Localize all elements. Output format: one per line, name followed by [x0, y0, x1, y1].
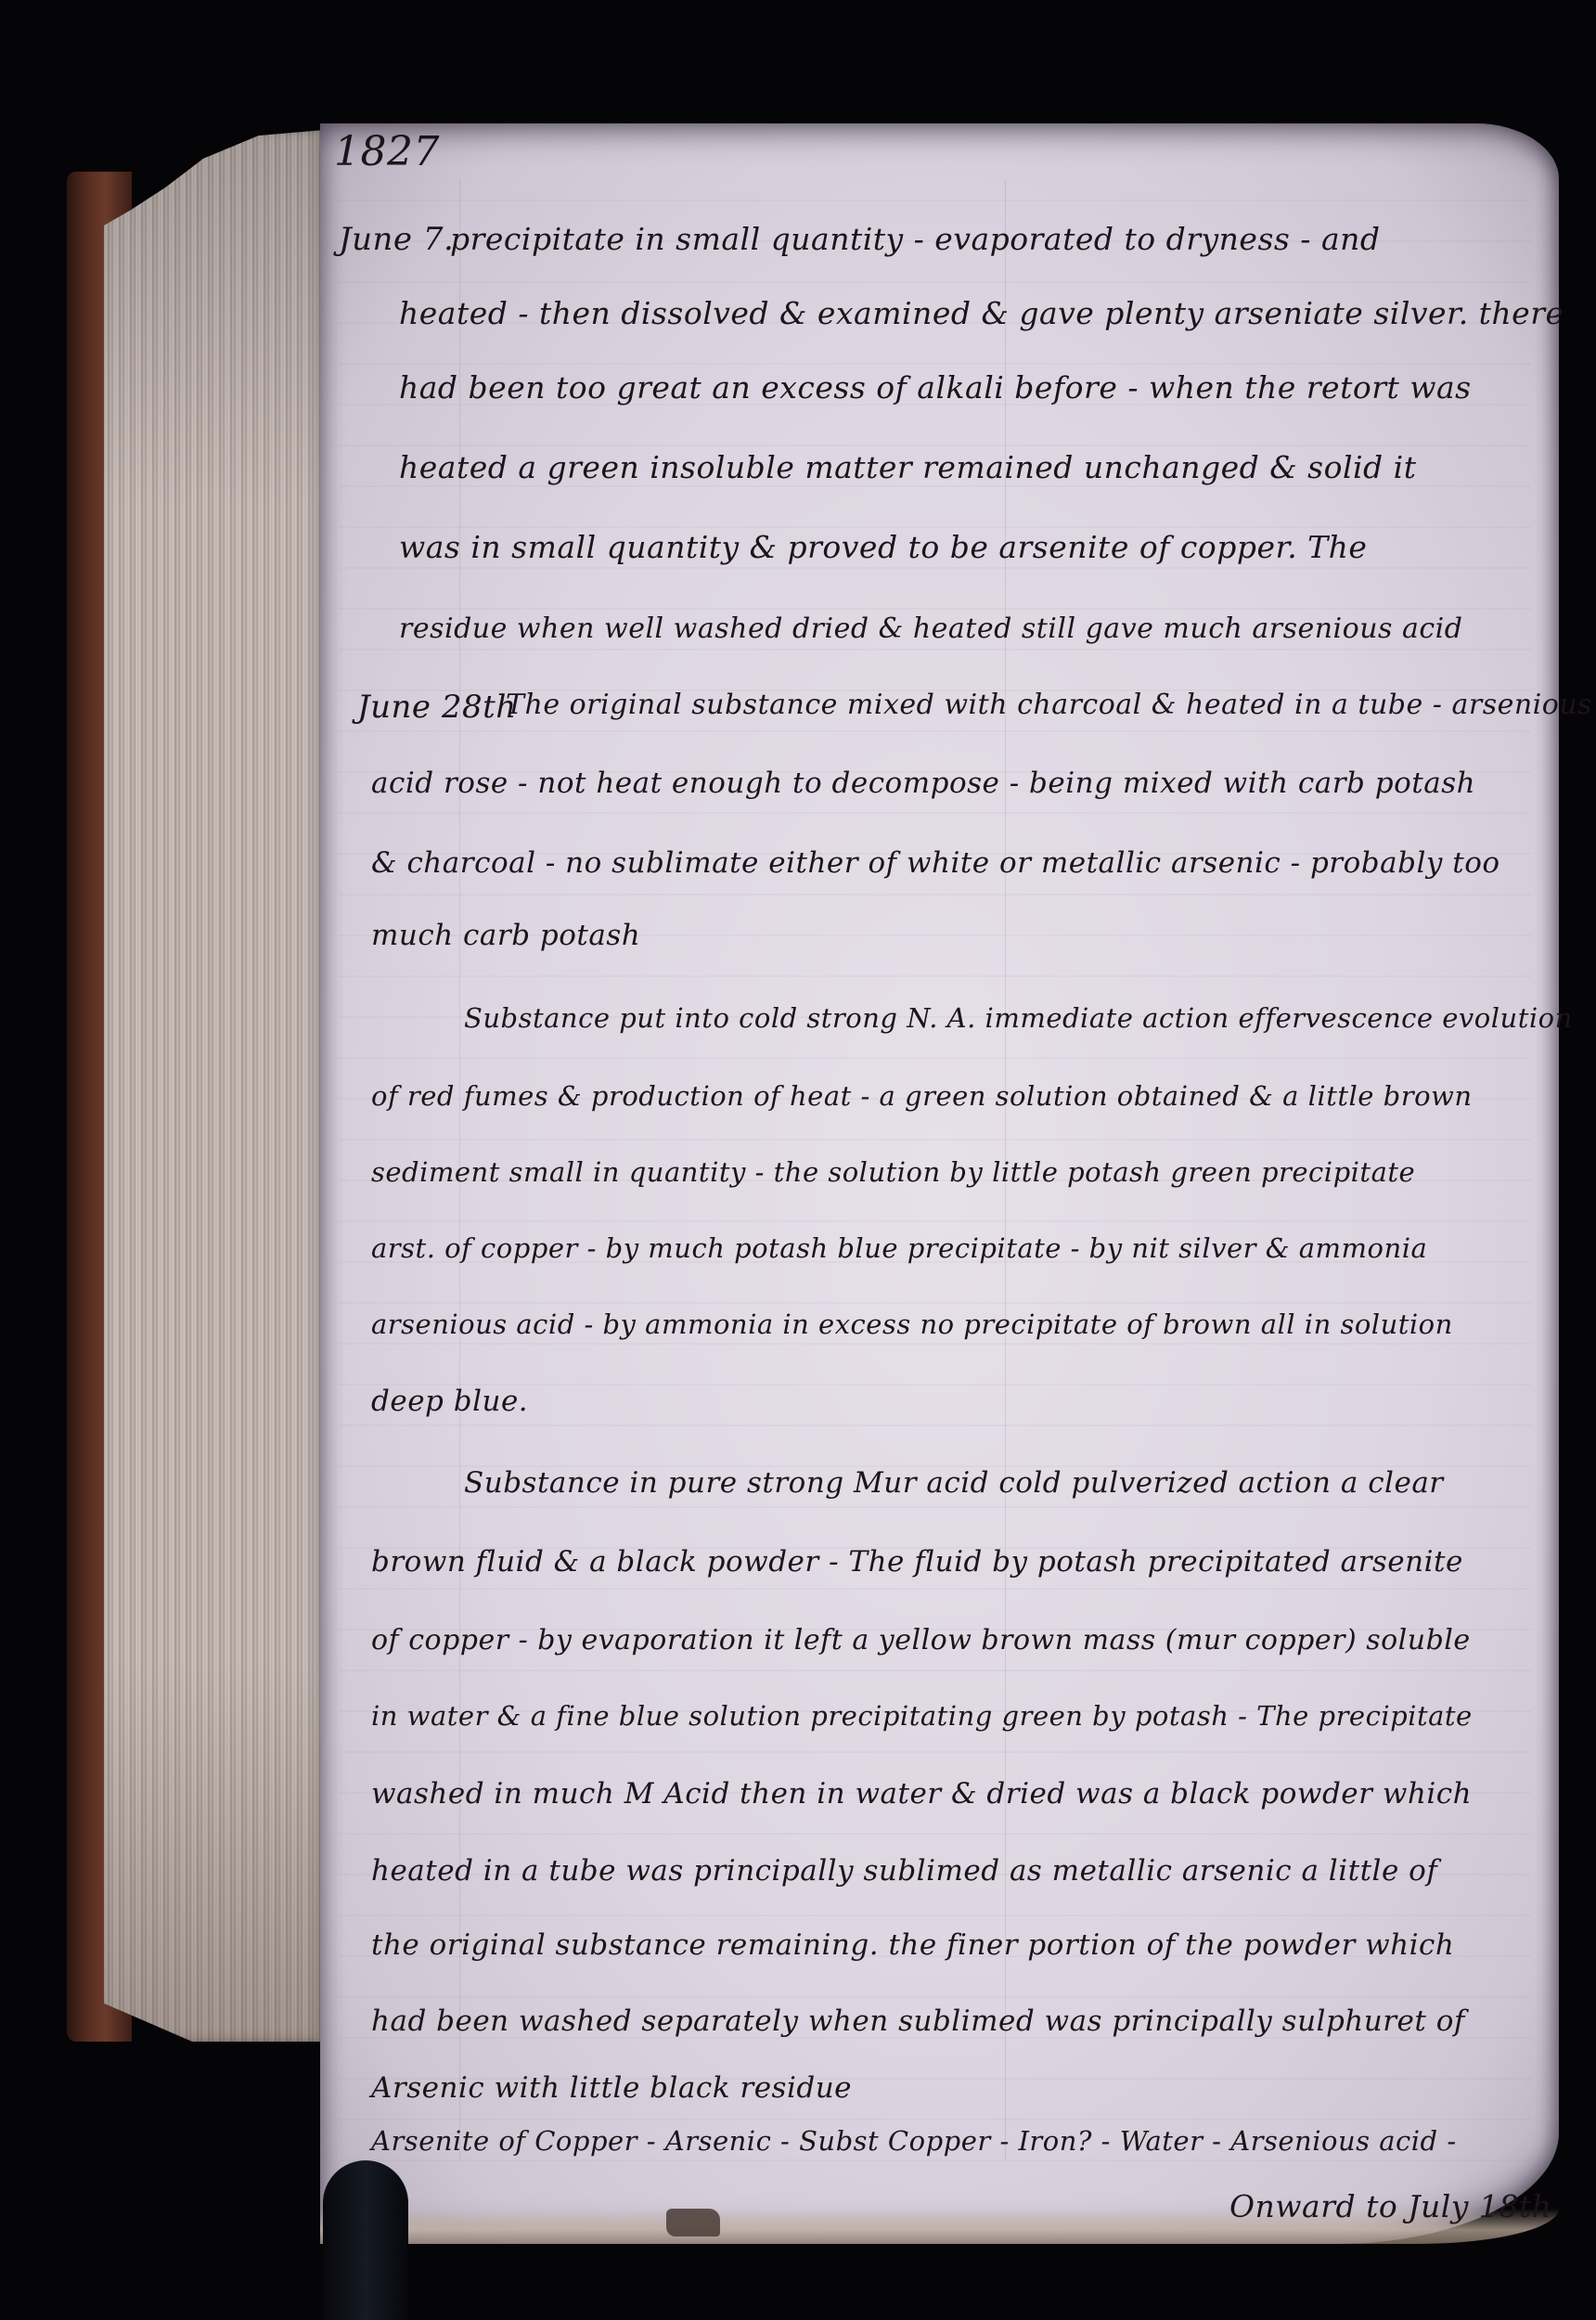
- text-line: heated - then dissolved & examined & gav…: [399, 295, 1564, 331]
- text-line: Substance in pure strong Mur acid cold p…: [464, 1466, 1444, 1500]
- entry-date: June 28th: [357, 689, 517, 726]
- text-line: brown fluid & a black powder - The fluid…: [371, 1545, 1463, 1579]
- text-line: of red fumes & production of heat - a gr…: [371, 1080, 1473, 1112]
- text-line: acid rose - not heat enough to decompose…: [371, 767, 1475, 800]
- summary-line: Arsenite of Copper - Arsenic - Subst Cop…: [371, 2125, 1457, 2157]
- text-line: the original substance remaining. the fi…: [371, 1928, 1454, 1962]
- text-line: in water & a fine blue solution precipit…: [371, 1700, 1473, 1732]
- text-line: arst. of copper - by much potash blue pr…: [371, 1232, 1427, 1264]
- photograph-scene: 1827 June 7. precipitate in small quanti…: [0, 0, 1596, 2320]
- ink-stain: [666, 2209, 720, 2236]
- text-line: heated a green insoluble matter remained…: [399, 449, 1417, 485]
- text-line: washed in much M Acid then in water & dr…: [371, 1777, 1472, 1811]
- page-edges-stack: [104, 130, 325, 2042]
- text-line: deep blue.: [371, 1385, 528, 1418]
- text-line: & charcoal - no sublimate either of whit…: [371, 846, 1500, 880]
- text-line: of copper - by evaporation it left a yel…: [371, 1624, 1471, 1656]
- continuation-note: Onward to July 18th: [1229, 2188, 1551, 2224]
- text-line: had been washed separately when sublimed…: [371, 2004, 1465, 2038]
- text-line: arsenious acid - by ammonia in excess no…: [371, 1308, 1453, 1340]
- text-line: heated in a tube was principally sublime…: [371, 1854, 1437, 1888]
- text-line: precipitate in small quantity - evaporat…: [450, 221, 1381, 257]
- text-line: Substance put into cold strong N. A. imm…: [464, 1002, 1573, 1034]
- text-line: was in small quantity & proved to be ars…: [399, 529, 1367, 565]
- text-line: Arsenic with little black residue: [371, 2071, 852, 2105]
- page-weight: [323, 2160, 408, 2320]
- text-line: much carb potash: [371, 919, 640, 952]
- text-line: had been too great an excess of alkali b…: [399, 369, 1472, 406]
- text-line: sediment small in quantity - the solutio…: [371, 1156, 1415, 1188]
- text-line: The original substance mixed with charco…: [506, 689, 1592, 721]
- year-heading: 1827: [334, 128, 440, 175]
- entry-date: June 7.: [339, 221, 454, 258]
- text-line: residue when well washed dried & heated …: [399, 612, 1462, 645]
